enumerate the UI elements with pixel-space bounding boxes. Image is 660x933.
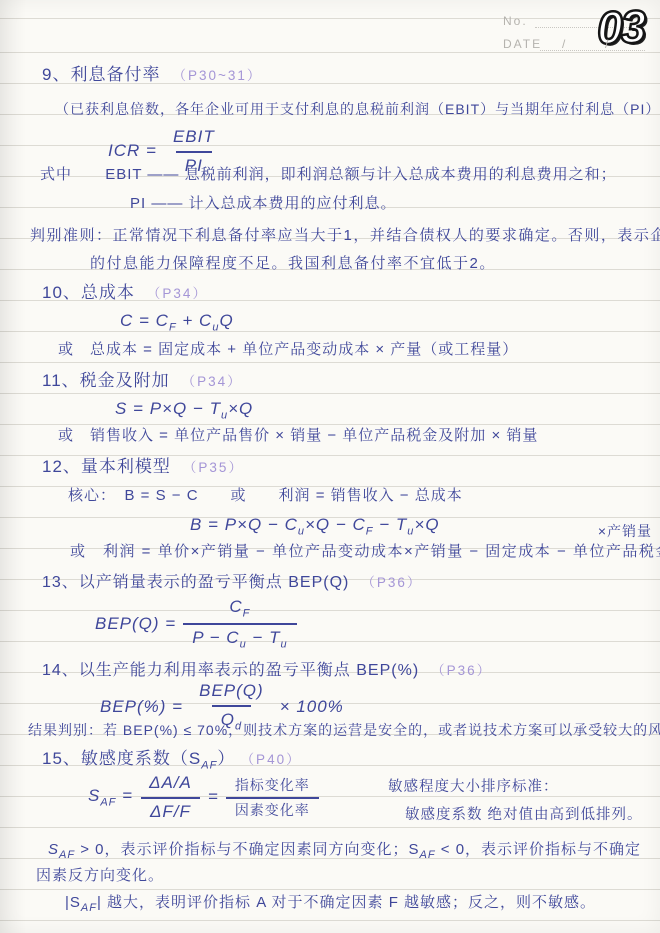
saf-fraction-1: ΔA/A ΔF/F bbox=[140, 772, 201, 824]
saf-fraction-2: 指标变化率 因素变化率 bbox=[226, 776, 319, 820]
saf-judgement-1: SAF > 0，表示评价指标与不确定因素同方向变化；SAF < 0，表示评价指标… bbox=[48, 840, 641, 863]
section-13-title-text: 13、以产销量表示的盈亏平衡点 BEP(Q) bbox=[42, 574, 349, 591]
bepq-d1: P − C bbox=[192, 628, 239, 647]
saf-f2-den: 因素变化率 bbox=[226, 797, 319, 820]
page-number: 03 bbox=[596, 0, 645, 55]
saf-f1-den: ΔF/F bbox=[141, 797, 200, 824]
section-9-pageref: （P30~31） bbox=[172, 68, 262, 83]
bepq-fraction: CF P − Cu − Tu bbox=[183, 596, 296, 652]
icr-definition: （已获利息倍数，各年企业可用于支付利息的息税前利润（EBIT）与当期年应付利息（… bbox=[55, 100, 660, 119]
tc-s1: F bbox=[169, 321, 177, 333]
saf-equals: = bbox=[208, 786, 219, 809]
section-15-title: 15、敏感度系数（SAF）（P40） bbox=[42, 748, 302, 773]
formula-tax: S = P×Q − Tu×Q bbox=[115, 398, 253, 423]
formula-bep-q: BEP(Q) = CF P − Cu − Tu bbox=[95, 596, 304, 652]
bepq-denominator: P − Cu − Tu bbox=[183, 623, 296, 652]
formula-profit: B = P×Q − Cu×Q − CF − Tu×Q bbox=[190, 514, 440, 539]
s15-t1: 15、敏感度系数（S bbox=[42, 749, 201, 768]
saf-j1c: < 0，表示评价指标与不确定 bbox=[436, 841, 641, 858]
beppct-numerator: BEP(Q) bbox=[190, 680, 273, 705]
pf-p2: ×Q − C bbox=[305, 515, 366, 534]
section-12-pageref: （P35） bbox=[183, 460, 244, 475]
saf-lhs: SAF = bbox=[88, 785, 133, 810]
total-cost-alt: 或 总成本 = 固定成本 + 单位产品变动成本 × 产量（或工程量） bbox=[58, 340, 518, 360]
section-11-title-text: 11、税金及附加 bbox=[42, 371, 170, 390]
section-11-title: 11、税金及附加（P34） bbox=[42, 370, 243, 393]
saf-j3a: |S bbox=[65, 894, 81, 911]
pf-p4: ×Q bbox=[414, 515, 439, 534]
section-13-title: 13、以产销量表示的盈亏平衡点 BEP(Q)（P36） bbox=[42, 572, 422, 594]
pf-p1: B = P×Q − C bbox=[190, 515, 298, 534]
tax-alt: 或 销售收入 = 单位产品售价 × 销量 − 单位产品税金及附加 × 销量 bbox=[58, 426, 538, 446]
saf-j3b: | 越大，表明评价指标 A 对于不确定因素 F 越敏感；反之，则不敏感。 bbox=[97, 894, 596, 911]
saf-j1a: SAF bbox=[48, 841, 75, 858]
bepq-numerator: CF bbox=[220, 596, 259, 623]
where-line-2: PI —— 计入总成本费用的应付利息。 bbox=[130, 194, 397, 214]
section-11-pageref: （P34） bbox=[182, 374, 243, 389]
date-label: DATE bbox=[503, 37, 542, 51]
saf-j1b: > 0，表示评价指标与不确定因素同方向变化；S bbox=[75, 841, 419, 858]
saf-note-2: 敏感度系数 绝对值由高到低排列。 bbox=[405, 806, 643, 826]
bepq-ds2: u bbox=[280, 639, 287, 651]
section-10-title-text: 10、总成本 bbox=[42, 283, 135, 302]
saf-l1: S bbox=[88, 786, 100, 805]
pf-s2: F bbox=[366, 525, 374, 537]
saf-note-1: 敏感程度大小排序标准： bbox=[388, 778, 559, 798]
bepq-lhs: BEP(Q) = bbox=[95, 613, 176, 636]
section-14-pageref: （P36） bbox=[431, 663, 492, 678]
where-label: 式中 bbox=[40, 166, 72, 183]
cvp-core: 核心： B = S − C 或 利润 = 销售收入 − 总成本 bbox=[68, 486, 463, 506]
s15-t2: ） bbox=[217, 749, 235, 768]
formula-total-cost: C = CF + CuQ bbox=[120, 310, 234, 335]
tc-p3: Q bbox=[219, 311, 233, 330]
profit-alt: 或 利润 = 单价×产销量 − 单位产品变动成本×产销量 − 固定成本 − 单位… bbox=[70, 542, 660, 562]
date-slash-1: / bbox=[562, 37, 567, 51]
section-9-title-text: 9、利息备付率 bbox=[42, 65, 160, 84]
section-15-pageref: （P40） bbox=[247, 752, 301, 767]
tax-p1: S = P×Q − T bbox=[115, 399, 221, 418]
section-10-title: 10、总成本（P34） bbox=[42, 282, 208, 305]
tc-p1: C = C bbox=[120, 311, 169, 330]
notebook-page: No. 03 DATE / / 9、利息备付率（P30~31） （已获利息倍数，… bbox=[0, 0, 660, 933]
icr-lhs: ICR = bbox=[108, 140, 157, 163]
beppct-tail: × 100% bbox=[280, 696, 344, 719]
s15-tsub: AF bbox=[201, 759, 217, 771]
section-15-title-text: 15、敏感度系数（SAF） bbox=[42, 749, 235, 768]
tc-p2: + C bbox=[177, 311, 213, 330]
bepq-n1: C bbox=[229, 597, 242, 616]
section-13-pageref: （P36） bbox=[361, 575, 422, 590]
section-14-title-text: 14、以生产能力利用率表示的盈亏平衡点 BEP(%) bbox=[42, 662, 419, 679]
bepq-ds1: u bbox=[240, 639, 247, 651]
beppct-lhs: BEP(%) = bbox=[100, 696, 183, 719]
tax-p2: ×Q bbox=[228, 399, 253, 418]
saf-judgement-3: |SAF| 越大，表明评价指标 A 对于不确定因素 F 越敏感；反之，则不敏感。 bbox=[65, 893, 596, 916]
bepq-ns1: F bbox=[243, 607, 251, 619]
no-label: No. bbox=[503, 14, 528, 28]
formula-saf: SAF = ΔA/A ΔF/F = 指标变化率 因素变化率 bbox=[88, 772, 326, 824]
date-slash-2: / bbox=[605, 37, 610, 51]
saf-j1b-sub: AF bbox=[420, 849, 436, 861]
saf-j1a-s: S bbox=[48, 841, 59, 858]
saf-l2: = bbox=[116, 786, 133, 805]
section-12-title-text: 12、量本利模型 bbox=[42, 457, 171, 476]
where-ebit: EBIT —— 息税前利润，即利润总额与计入总成本费用的利息费用之和； bbox=[105, 166, 616, 183]
where-line-1: 式中 EBIT —— 息税前利润，即利润总额与计入总成本费用的利息费用之和； bbox=[40, 165, 617, 185]
saf-judgement-2: 因素反方向变化。 bbox=[36, 866, 164, 886]
saf-f1-num: ΔA/A bbox=[140, 772, 201, 797]
section-12-title: 12、量本利模型（P35） bbox=[42, 456, 244, 479]
icr-rule-line-2: 的付息能力保障程度不足。我国利息备付率不宜低于2。 bbox=[90, 254, 496, 274]
bep-rule: 结果判别：若 BEP(%) ≤ 70%，则技术方案的运营是安全的，或者说技术方案… bbox=[28, 721, 660, 740]
bepq-d2: − T bbox=[247, 628, 281, 647]
pf-s1: u bbox=[298, 525, 305, 537]
icr-rule-line-1: 判别准则：正常情况下利息备付率应当大于1，并结合债权人的要求确定。否则，表示企业 bbox=[30, 226, 660, 246]
section-14-title: 14、以生产能力利用率表示的盈亏平衡点 BEP(%)（P36） bbox=[42, 660, 492, 682]
saf-j1a-sub: AF bbox=[59, 849, 75, 861]
date-line bbox=[540, 50, 645, 51]
saf-f2-num: 指标变化率 bbox=[226, 776, 319, 797]
saf-j3-sub: AF bbox=[81, 902, 97, 914]
icr-numerator: EBIT bbox=[164, 126, 224, 151]
section-10-pageref: （P34） bbox=[147, 286, 208, 301]
pf-p3: − T bbox=[374, 515, 408, 534]
saf-ls: AF bbox=[100, 797, 116, 809]
profit-alt-wrap: ×产销量 bbox=[598, 522, 652, 541]
section-9-title: 9、利息备付率（P30~31） bbox=[42, 64, 262, 87]
